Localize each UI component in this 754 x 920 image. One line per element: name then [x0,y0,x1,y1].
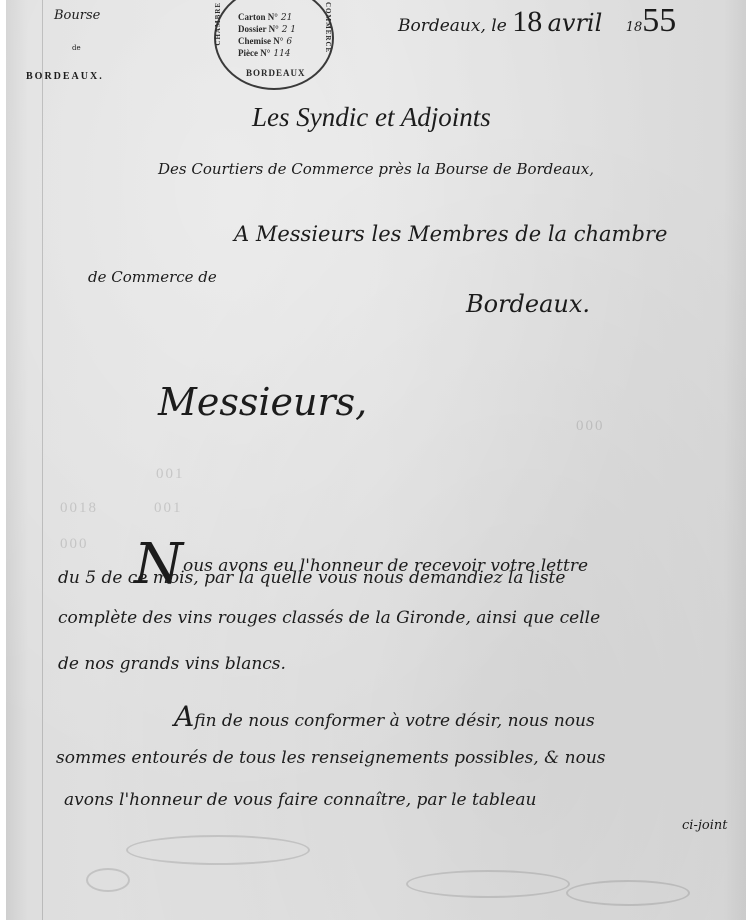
bleed-through-number: 000 [576,418,605,435]
bleed-through-number: 001 [156,466,185,483]
body-line-8: ci-joint [682,818,727,833]
letter-page: 000 001 0018 001 000 Bourse de BORDEAUX.… [6,0,746,920]
stamp-row-piece: Pièce N°114 [238,48,291,59]
letterhead-bourse: Bourse [54,8,100,23]
body-line-5: Afin de nous conformer à votre désir, no… [174,700,595,733]
archive-stamp: CHAMBRE COMMERCE Carton N°21 Dossier N°2… [214,0,334,90]
date-day: 18 [512,5,542,38]
bleed-through-scrawl [126,835,310,865]
scan-margin [746,0,754,920]
letterhead-de: de [72,44,81,52]
salutation: Messieurs, [158,380,367,424]
stamp-ring-text-right: COMMERCE [324,2,332,53]
stamp-ring-text-left: CHAMBRE [214,2,222,46]
letter-subheading: Des Courtiers de Commerce près la Bourse… [158,160,594,178]
address-line-3: Bordeaux. [466,290,590,318]
body-line-2: du 5 de ce mois, par la quelle vous nous… [58,568,565,588]
bleed-through-scrawl [406,870,570,898]
margin-line [42,0,43,920]
address-line-2: de Commerce de [88,268,217,286]
stamp-row-chemise: Chemise N°6 [238,36,292,47]
letter-heading: Les Syndic et Adjoints [252,102,491,133]
address-line-1: A Messieurs les Membres de la chambre [234,222,667,246]
date-month: avril [548,9,603,37]
bleed-through-number: 000 [60,536,89,553]
bleed-through-scrawl [566,880,690,906]
date-place: Bordeaux, le [398,16,507,36]
stamp-row-carton: Carton N°21 [238,12,292,23]
bleed-through-number: 001 [154,500,183,517]
letterhead-city: BORDEAUX. [26,71,104,82]
date-year-suffix: 55 [642,2,676,39]
date-year-prefix: 18 [626,20,643,35]
body-line-7: avons l'honneur de vous faire connaître,… [64,790,536,810]
bleed-through-number: 0018 [60,500,98,517]
dateline: Bordeaux, le 18 avril 1855 [398,2,676,40]
bleed-through-scrawl [86,868,130,892]
stamp-city: BORDEAUX [246,68,306,78]
body-line-6: sommes entourés de tous les renseignemen… [56,748,606,768]
stamp-row-dossier: Dossier N°2 1 [238,24,296,35]
body-line-4: de nos grands vins blancs. [58,654,286,674]
body-line-3: complète des vins rouges classés de la G… [58,608,600,628]
